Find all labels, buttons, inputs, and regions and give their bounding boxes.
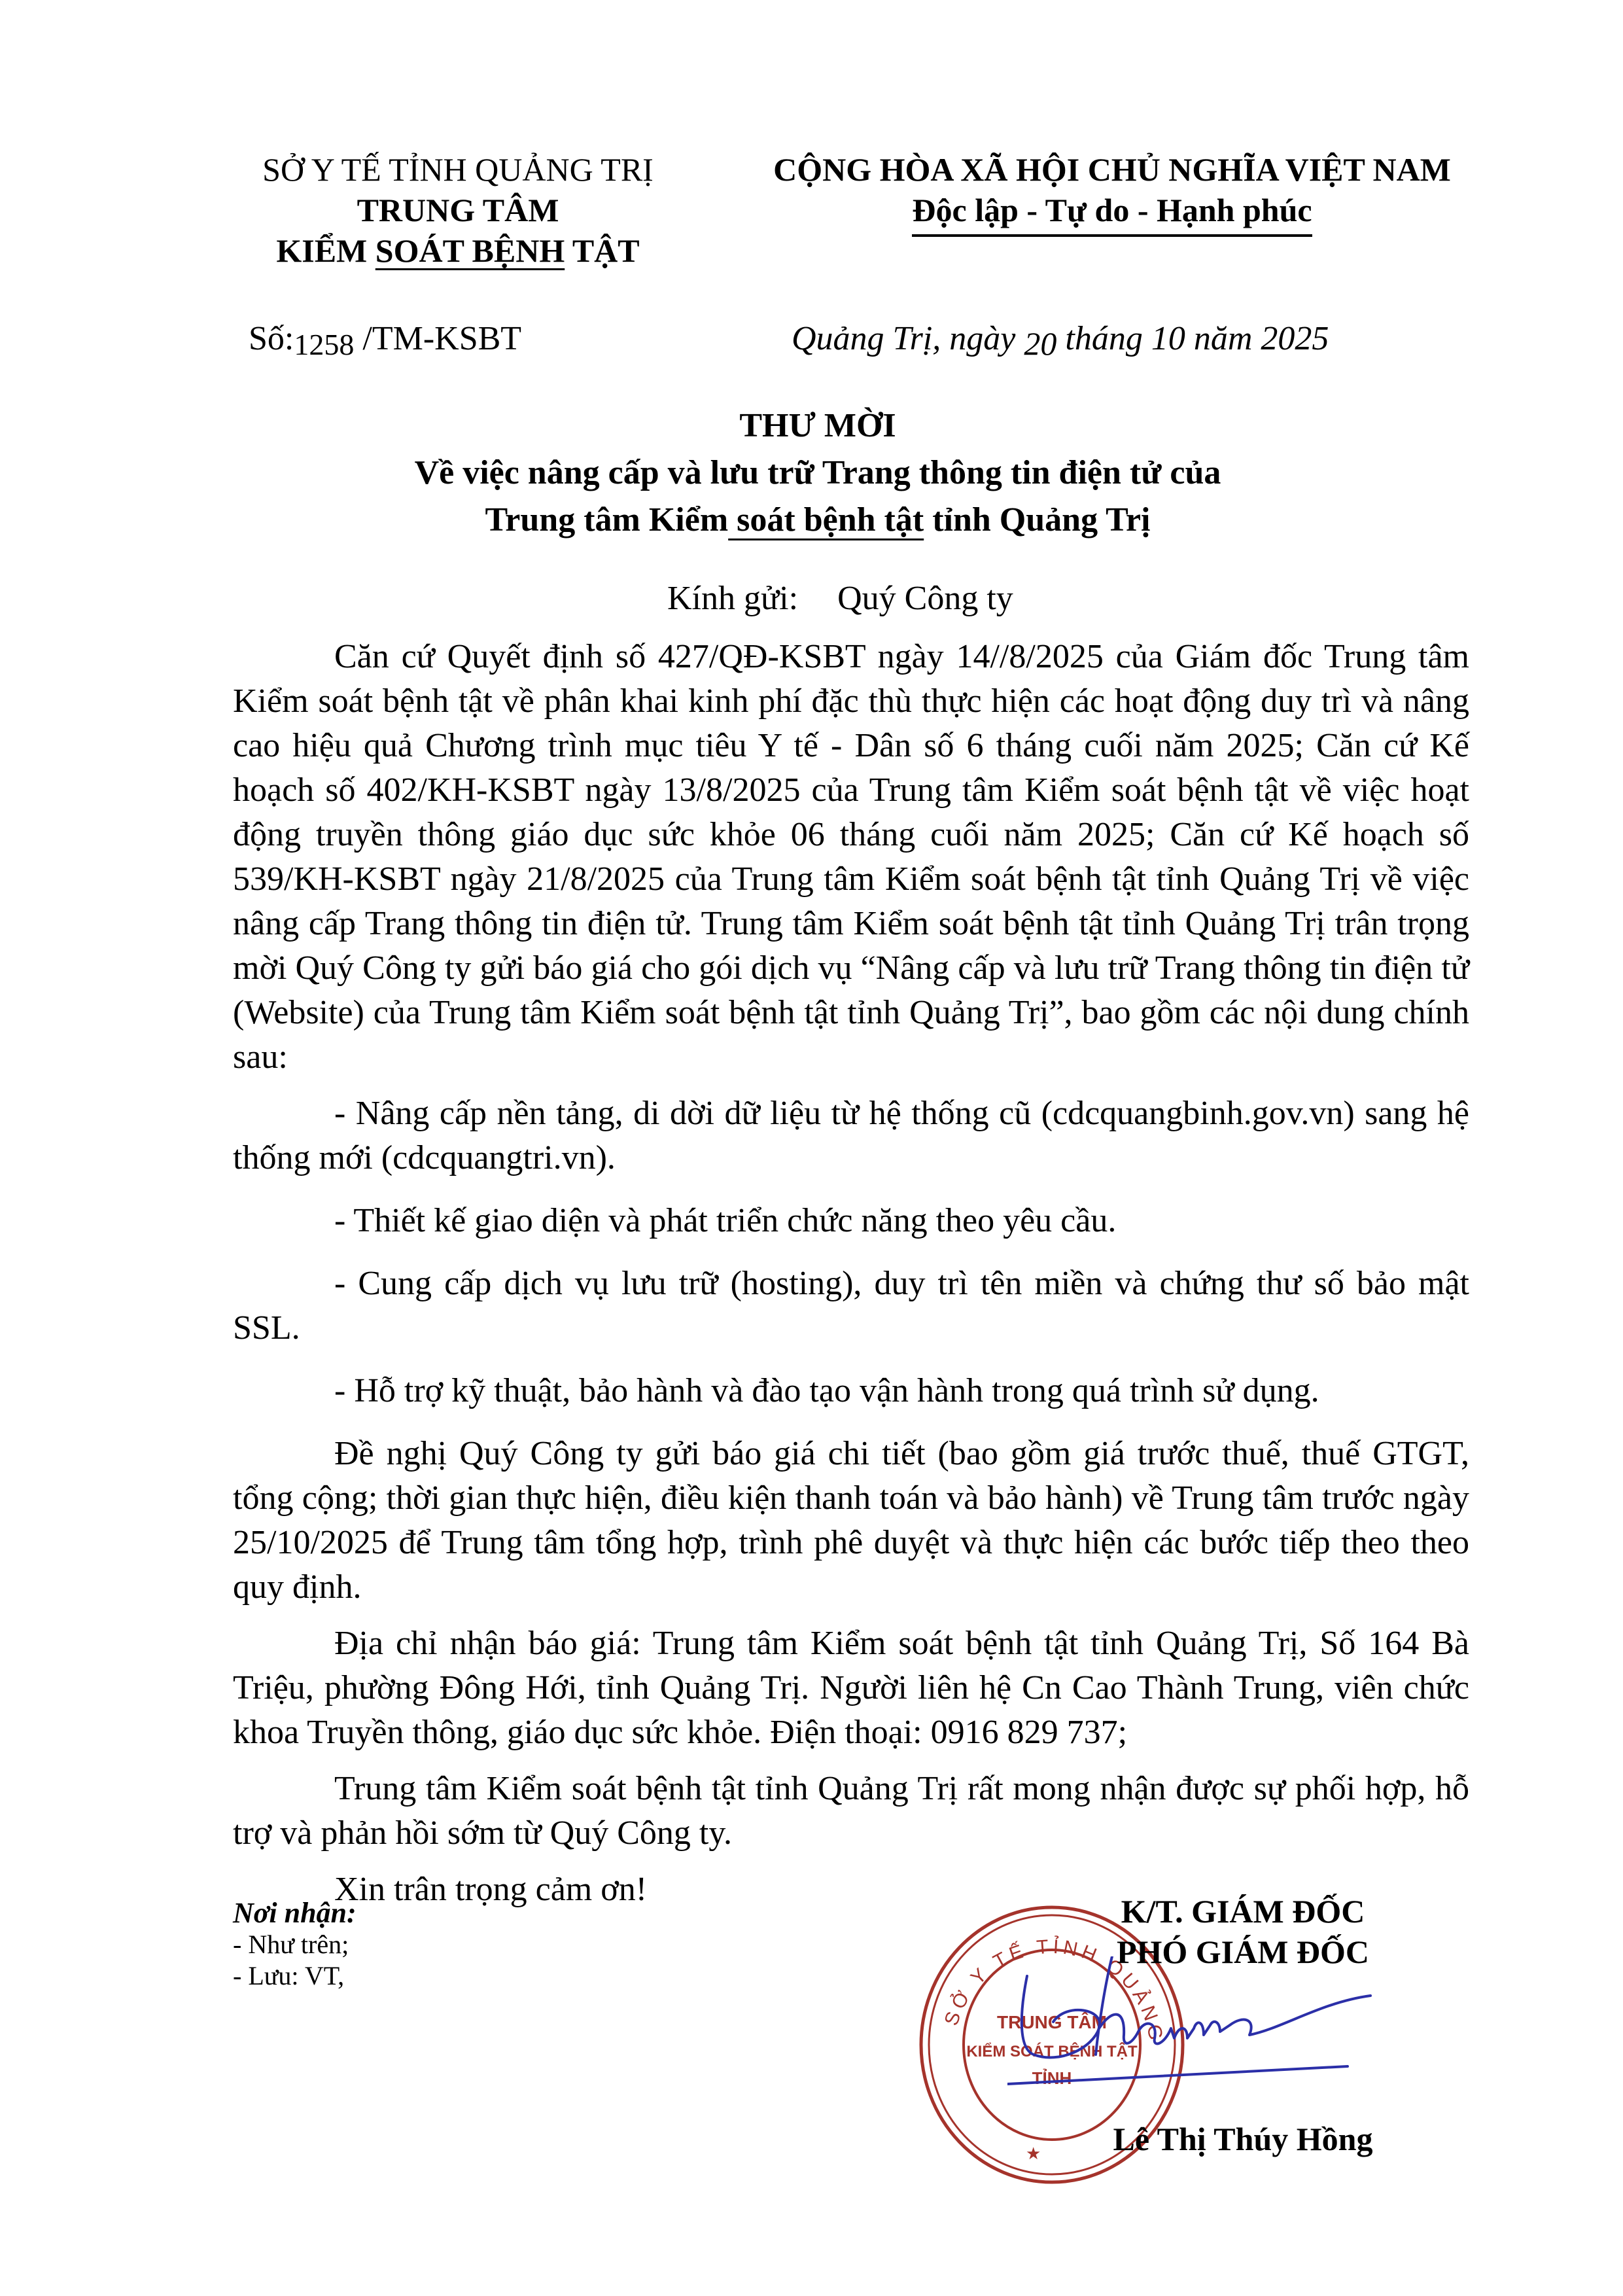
- recipients-item: - Như trên;: [233, 1929, 357, 1960]
- doc-number-suffix: /TM-KSBT: [354, 320, 521, 357]
- body-paragraph-cooperation: Trung tâm Kiểm soát bệnh tật tỉnh Quảng …: [233, 1767, 1469, 1856]
- date-suffix: tháng 10 năm 2025: [1056, 320, 1329, 357]
- agency-line-2-suffix: TẬT: [565, 232, 639, 269]
- country-name: CỘNG HÒA XÃ HỘI CHỦ NGHĨA VIỆT NAM: [720, 149, 1505, 190]
- recipient-label: Kính gửi:: [667, 580, 798, 617]
- national-motto: Độc lập - Tự do - Hạnh phúc: [912, 190, 1312, 237]
- title-line-2-suffix: tỉnh Quảng Trị: [924, 501, 1150, 539]
- document-date: Quảng Trị, ngày 20 tháng 10 năm 2025: [792, 319, 1329, 358]
- signer-name: Lê Thị Thúy Hồng: [981, 2120, 1505, 2158]
- date-day: 20: [1024, 325, 1056, 362]
- parent-agency: SỞ Y TẾ TỈNH QUẢNG TRỊ: [222, 149, 693, 190]
- recipient-line: Kính gửi:Quý Công ty: [667, 579, 1013, 618]
- letter-body: Căn cứ Quyết định số 427/QĐ-KSBT ngày 14…: [233, 635, 1469, 1924]
- doc-number-value: 1258: [294, 328, 354, 361]
- body-list-item: - Cung cấp dịch vụ lưu trữ (hosting), du…: [233, 1262, 1469, 1351]
- title-subject-line-1: Về việc nâng cấp và lưu trữ Trang thông …: [196, 450, 1439, 497]
- title-subject-line-2: Trung tâm Kiểm soát bệnh tật tỉnh Quảng …: [196, 497, 1439, 544]
- document-number: Số:1258 /TM-KSBT: [249, 319, 521, 358]
- agency-line-1: TRUNG TÂM: [222, 190, 693, 230]
- body-list-item: - Thiết kế giao diện và phát triển chức …: [233, 1199, 1469, 1243]
- recipients-label: Nơi nhận:: [233, 1898, 357, 1929]
- title-line-2-prefix: Trung tâm Kiểm: [485, 501, 728, 539]
- signature-authority: K/T. GIÁM ĐỐC: [981, 1891, 1505, 1932]
- date-prefix: Quảng Trị, ngày: [792, 320, 1024, 357]
- doc-number-prefix: Số:: [249, 320, 294, 357]
- issuing-agency: SỞ Y TẾ TỈNH QUẢNG TRỊ TRUNG TÂM KIỂM SO…: [222, 149, 693, 271]
- body-paragraph-request: Đề nghị Quý Công ty gửi báo giá chi tiết…: [233, 1432, 1469, 1610]
- title-line-2-underlined: soát bệnh tật: [728, 501, 924, 539]
- agency-line-2-underlined: SOÁT BỆNH: [375, 232, 565, 269]
- body-paragraph-basis: Căn cứ Quyết định số 427/QĐ-KSBT ngày 14…: [233, 635, 1469, 1080]
- title-heading: THƯ MỜI: [196, 402, 1439, 450]
- agency-line-2-prefix: KIỂM: [276, 232, 375, 269]
- recipient-value: Quý Công ty: [837, 580, 1013, 617]
- handwritten-signature-icon: [1007, 1956, 1374, 2113]
- national-header: CỘNG HÒA XÃ HỘI CHỦ NGHĨA VIỆT NAM Độc l…: [720, 149, 1505, 237]
- recipients-list: Nơi nhận: - Như trên; - Lưu: VT,: [233, 1898, 357, 1992]
- recipients-item: - Lưu: VT,: [233, 1960, 357, 1992]
- document-title: THƯ MỜI Về việc nâng cấp và lưu trữ Tran…: [196, 402, 1439, 544]
- body-paragraph-address: Địa chỉ nhận báo giá: Trung tâm Kiểm soá…: [233, 1621, 1469, 1755]
- agency-line-2: KIỂM SOÁT BỆNH TẬT: [222, 230, 693, 271]
- body-list-item: - Hỗ trợ kỹ thuật, bảo hành và đào tạo v…: [233, 1369, 1469, 1413]
- body-list-item: - Nâng cấp nền tảng, di dời dữ liệu từ h…: [233, 1091, 1469, 1180]
